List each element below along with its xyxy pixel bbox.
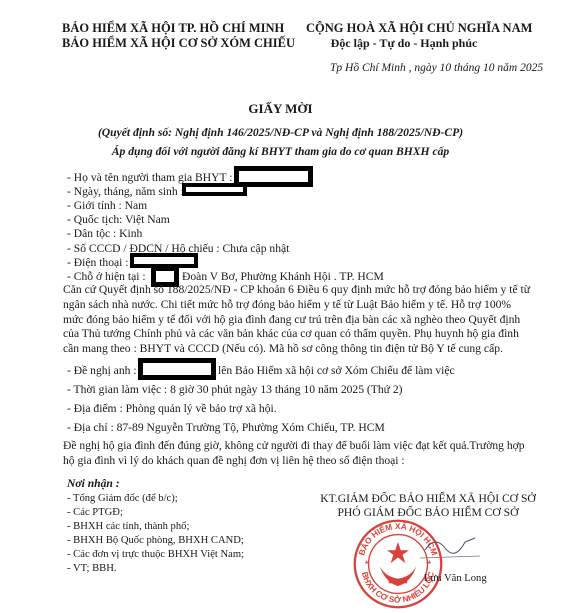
invite-label: - Đề nghị anh : xyxy=(67,364,137,379)
nation-motto: Độc lập - Tự do - Hạnh phúc xyxy=(306,36,502,51)
legal-basis-paragraph: Căn cứ Quyết định số 188/2025/NĐ - CP kh… xyxy=(63,283,533,357)
recipient-item: - Tổng Giám đốc (để b/c); xyxy=(67,492,178,507)
meeting-place: - Địa điểm : Phòng quản lý về bảo trợ xã… xyxy=(67,402,277,417)
phone-label: - Điện thoại : xyxy=(67,256,129,271)
document-title: GIẤY MỜI xyxy=(0,101,561,116)
recipient-item: - BHXH Bộ Quốc phòng, BHXH CAND; xyxy=(67,534,244,549)
redacted-dob xyxy=(182,183,247,196)
org-name-line1: BẢO HIỂM XÃ HỘI TP. HỒ CHÍ MINH xyxy=(62,21,262,36)
attendance-note-paragraph: Đề nghị hộ gia đình đến đúng giờ, không … xyxy=(63,439,533,469)
recipient-item: - VT; BBH. xyxy=(67,562,117,577)
nationality-field: - Quốc tịch: Việt Nam xyxy=(67,213,170,228)
decision-reference: (Quyết định số: Nghị định 146/2025/NĐ-CP… xyxy=(0,126,561,139)
document-date: Tp Hồ Chí Minh , ngày 10 tháng 10 năm 20… xyxy=(330,62,543,74)
recipient-item: - Các đơn vị trực thuộc BHXH Việt Nam; xyxy=(67,548,244,563)
gender-field: - Giới tính : Nam xyxy=(67,199,147,214)
dob-label: - Ngày, tháng, năm sinh : xyxy=(67,185,184,200)
meeting-time: - Thời gian làm việc : 8 giờ 30 phút ngà… xyxy=(67,383,403,398)
recipient-item: - Các PTGĐ; xyxy=(67,506,123,521)
recipient-item: - BHXH các tỉnh, thành phố; xyxy=(67,520,189,535)
signer-name: Lưu Văn Long xyxy=(424,573,487,584)
signature-title-line1: KT.GIÁM ĐỐC BẢO HIỂM XÃ HỘI CƠ SỞ xyxy=(318,492,538,505)
nation-title: CỘNG HOÀ XÃ HỘI CHỦ NGHĨA NAM xyxy=(306,21,502,36)
signature-title-line2: PHÓ GIÁM ĐỐC BẢO HIỂM CƠ SỞ xyxy=(318,506,538,519)
invite-rest: lên Bảo Hiểm xã hội cơ sở Xóm Chiếu để l… xyxy=(218,364,455,379)
ethnicity-field: - Dân tộc : Kinh xyxy=(67,227,142,242)
signature-scribble xyxy=(420,530,480,560)
recipients-heading: Nơi nhận : xyxy=(67,477,120,490)
org-name-line2: BẢO HIỂM XÃ HỘI CƠ SỞ XÓM CHIẾU xyxy=(62,36,262,51)
redacted-invitee xyxy=(138,358,216,380)
meeting-address: - Địa chỉ : 87-89 Nguyễn Trường Tộ, Phườ… xyxy=(67,421,385,436)
applicability-note: Áp dụng đối với người đăng kí BHYT tham … xyxy=(0,145,561,158)
